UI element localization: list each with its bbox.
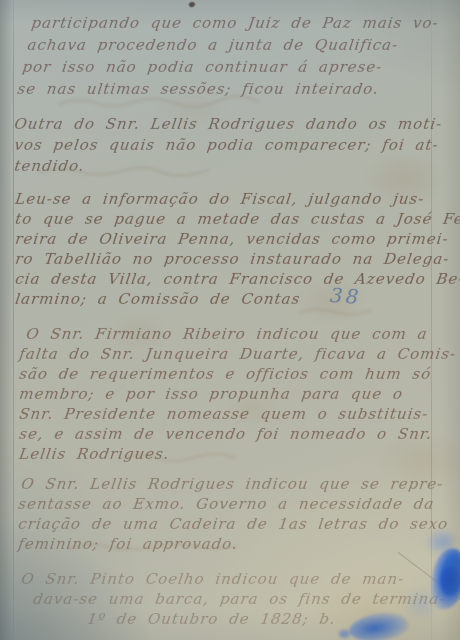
manuscript-line: feminino; foi approvado.	[17, 534, 450, 554]
manuscript-line: por isso não podia continuar á aprese-	[21, 56, 440, 78]
manuscript-line: Lellis Rodrigues.	[18, 444, 458, 464]
paragraph: O Snr. Firmiano Ribeiro indicou que com …	[18, 324, 455, 464]
manuscript-line: cia desta Villa, contra Francisco de Aze…	[14, 269, 460, 289]
manuscript-line: criação de uma Cadeira de 1as letras do …	[17, 514, 450, 534]
manuscript-line: se, e assim de vencendo foi nomeado o Sn…	[18, 424, 458, 444]
manuscript-line: Leu-se a informação do Fiscal, julgando …	[14, 189, 460, 209]
manuscript-line: sentasse ao Exmo. Governo a necessidade …	[17, 494, 450, 514]
manuscript-line: dava-se uma barca, para os fins de termi…	[32, 589, 447, 609]
manuscript-line: se nas ultimas sessões; ficou inteirado.	[16, 78, 440, 100]
manuscript-line: tendido.	[13, 156, 444, 177]
manuscript-line: to que se pague a metade das custas a Jo…	[14, 209, 460, 229]
manuscript-line: O Snr. Lellis Rodrigues indicou que se r…	[20, 474, 450, 494]
paragraph: Outra do Snr. Lellis Rodrigues dando os …	[13, 114, 441, 177]
paragraph: O Snr. Pinto Coelho indicou que de man- …	[20, 569, 444, 629]
manuscript-line: Snr. Presidente nomeasse quem o substitu…	[18, 404, 458, 424]
page-number-annotation: 38	[329, 283, 362, 309]
paragraph: participando que como Juiz de Paz mais v…	[16, 12, 437, 100]
manuscript-photo: participando que como Juiz de Paz mais v…	[0, 0, 460, 640]
manuscript-line: vos pelos quais não podia comparecer; fo…	[13, 135, 444, 156]
manuscript-line: larmino; a Comissão de Contas	[14, 289, 460, 309]
manuscript-line: falta do Snr. Junqueira Duarte, ficava a…	[18, 344, 458, 364]
manuscript-line: reira de Oliveira Penna, vencidas como p…	[14, 229, 460, 249]
manuscript-line: 1º de Outubro de 1828; b.	[86, 609, 447, 629]
manuscript-line: ro Tabellião no processo instaurado na D…	[14, 249, 460, 269]
manuscript-line: participando que como Juiz de Paz mais v…	[30, 12, 440, 34]
manuscript-line: O Snr. Pinto Coelho indicou que de man-	[20, 569, 447, 589]
manuscript-line: Outra do Snr. Lellis Rodrigues dando os …	[13, 114, 444, 135]
manuscript-line: achava procedendo a junta de Qualifica-	[26, 34, 440, 56]
paragraph: O Snr. Lellis Rodrigues indicou que se r…	[17, 474, 447, 554]
manuscript-line: são de requerimentos e officios com hum …	[18, 364, 458, 384]
paragraph: Leu-se a informação do Fiscal, julgando …	[14, 189, 460, 309]
manuscript-line: membro; e por isso propunha para que o	[18, 384, 458, 404]
manuscript-line: O Snr. Firmiano Ribeiro indicou que com …	[25, 324, 458, 344]
paper-fold-line	[13, 0, 14, 640]
